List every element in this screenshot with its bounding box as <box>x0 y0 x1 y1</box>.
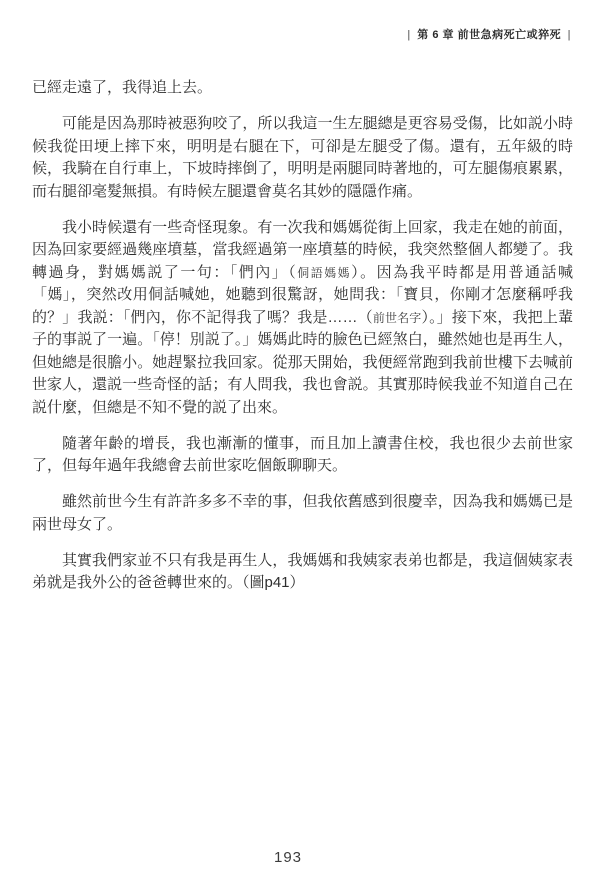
page-number: 193 <box>274 849 302 866</box>
paragraph-3: 我小時候還有一些奇怪現象。有一次我和媽媽從街上回家，我走在她的前面，因為回家要經… <box>32 217 573 420</box>
page-body: 已經走遠了，我得追上去。 可能是因為那時被惡狗咬了，所以我這一生左腿總是更容易受… <box>32 77 573 595</box>
inline-annotation-past-life-name: 前世名字 <box>373 311 422 325</box>
paragraph-6: 其實我們家並不只有我是再生人，我媽媽和我姨家表弟也都是，我這個姨家表弟就是我外公… <box>32 550 573 595</box>
header-bar-left: | <box>404 29 413 41</box>
chapter-title: 第 6 章 前世急病死亡或猝死 <box>417 29 561 41</box>
page-footer: 193 <box>0 849 576 867</box>
header-bar-right: | <box>565 29 574 41</box>
paragraph-4: 隨著年齡的增長，我也漸漸的懂事，而且加上讀書住校，我也很少去前世家了，但每年過年… <box>32 433 573 478</box>
running-header: | 第 6 章 前世急病死亡或猝死 | <box>404 26 574 42</box>
book-page: | 第 6 章 前世急病死亡或猝死 | 已經走遠了，我得追上去。 可能是因為那時… <box>0 0 605 896</box>
paragraph-1: 已經走遠了，我得追上去。 <box>32 77 573 100</box>
paragraph-5: 雖然前世今生有許許多多不幸的事，但我依舊感到很慶幸，因為我和媽媽已是兩世母女了。 <box>32 491 573 536</box>
paragraph-2: 可能是因為那時被惡狗咬了，所以我這一生左腿總是更容易受傷，比如説小時候我從田埂上… <box>32 113 573 203</box>
inline-annotation-dong-language: 侗語媽媽 <box>297 266 351 280</box>
